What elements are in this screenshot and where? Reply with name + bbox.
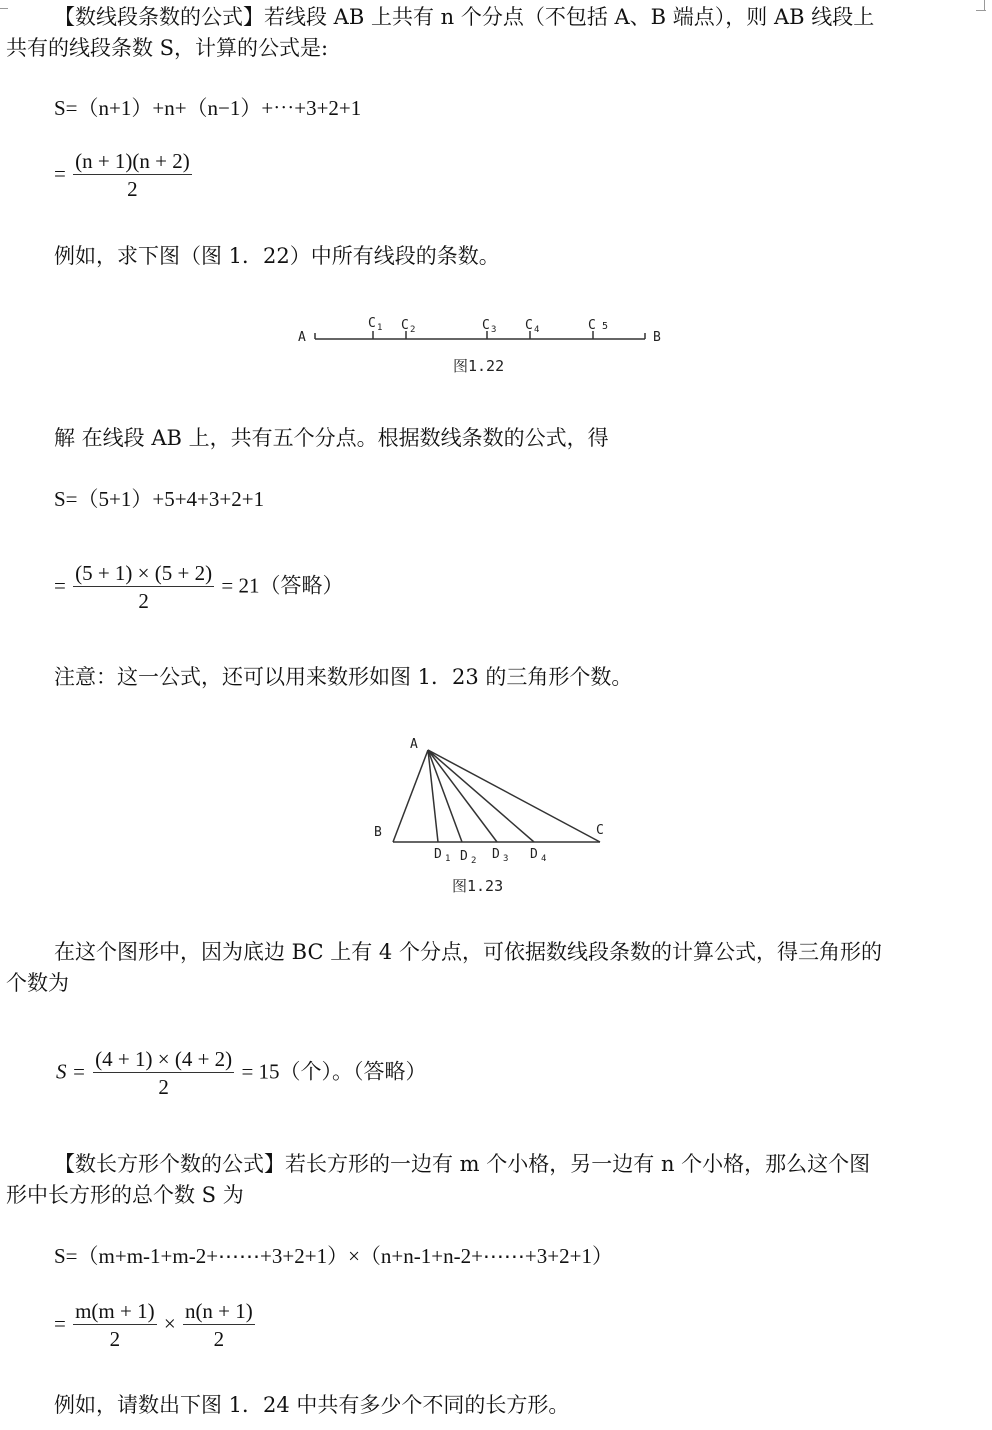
label-B: B — [653, 330, 661, 345]
crop-mark-right — [984, 0, 985, 10]
svg-text:B: B — [374, 825, 382, 840]
svg-text:C: C — [368, 316, 376, 331]
svg-text:2: 2 — [471, 856, 476, 866]
rect-sum-formula: S=（m+m-1+m-2+⋯⋯+3+2+1）×（n+n-1+n-2+⋯⋯+3+2… — [54, 1240, 613, 1270]
figure-caption: 图1.22 — [453, 357, 504, 375]
svg-text:C: C — [401, 318, 409, 333]
fraction: (n + 1)(n + 2) 2 — [73, 148, 192, 203]
svg-text:D: D — [460, 849, 468, 864]
svg-text:D: D — [492, 847, 500, 862]
svg-text:D: D — [434, 847, 442, 862]
rect-closed-formula: = m(m + 1) 2 × n(n + 1) 2 — [54, 1298, 257, 1353]
figure-caption: 图1.23 — [452, 877, 503, 895]
formula-closed-n: = (n + 1)(n + 2) 2 — [54, 148, 194, 203]
section2-intro: 【数长方形个数的公式】若长方形的一边有 m 个小格，另一边有 n 个小格，那么这… — [6, 1149, 981, 1211]
fraction: m(m + 1) 2 — [73, 1298, 157, 1353]
svg-text:3: 3 — [503, 854, 508, 864]
fraction: (4 + 1) × (4 + 2) 2 — [93, 1046, 234, 1101]
section2-title: 【数长方形个数的公式】 — [6, 1152, 285, 1176]
note-text: 注意：这一公式，还可以用来数形如图 1．23 的三角形个数。 — [54, 662, 632, 692]
svg-text:4: 4 — [541, 854, 546, 864]
label-A: A — [298, 330, 306, 345]
svg-text:5: 5 — [602, 321, 608, 332]
figure-1-23-triangle-diagram: A B C D1 D2 D3 D4 图1.23 — [360, 730, 620, 900]
example-text-1: 例如，求下图（图 1．22）中所有线段的条数。 — [54, 241, 500, 271]
section1-intro-text: 若线段 AB 上共有 n 个分点（不包括 A、B 端点），则 AB 线段上 — [264, 5, 874, 29]
svg-text:D: D — [530, 847, 538, 862]
fraction: (5 + 1) × (5 + 2) 2 — [73, 560, 214, 615]
svg-text:C: C — [482, 318, 490, 333]
svg-text:C: C — [588, 318, 596, 333]
svg-text:1: 1 — [377, 323, 382, 333]
triangle-count-formula: S = (4 + 1) × (4 + 2) 2 = 15（个）。（答略） — [56, 1046, 427, 1101]
formula-sum-n: S=（n+1）+n+（n−1）+⋯+3+2+1 — [54, 92, 361, 122]
section1-title: 【数线段条数的公式】 — [6, 5, 264, 29]
svg-text:3: 3 — [491, 325, 496, 335]
solution-closed: = (5 + 1) × (5 + 2) 2 = 21（答略） — [54, 560, 343, 615]
section1-intro-line2: 共有的线段条数 S，计算的公式是: — [6, 36, 328, 60]
svg-text:A: A — [410, 737, 418, 752]
solution-text: 解 在线段 AB 上，共有五个分点。根据数线条数的公式，得 — [54, 423, 609, 453]
svg-text:C: C — [596, 823, 604, 838]
figure-1-22-segment-diagram: A C1 C2 C3 C4 C5 B 图1.22 — [290, 305, 680, 385]
fraction: n(n + 1) 2 — [183, 1298, 255, 1353]
svg-text:4: 4 — [534, 325, 539, 335]
example-text-2: 例如，请数出下图 1．24 中共有多少个不同的长方形。 — [54, 1390, 569, 1420]
svg-text:2: 2 — [410, 325, 415, 335]
section1-intro: 【数线段条数的公式】若线段 AB 上共有 n 个分点（不包括 A、B 端点），则… — [6, 2, 981, 64]
svg-text:C: C — [525, 318, 533, 333]
svg-text:1: 1 — [445, 854, 450, 864]
explain-paragraph: 在这个图形中，因为底边 BC 上有 4 个分点，可依据数线段条数的计算公式，得三… — [6, 937, 981, 999]
solution-sum: S=（5+1）+5+4+3+2+1 — [54, 483, 264, 513]
